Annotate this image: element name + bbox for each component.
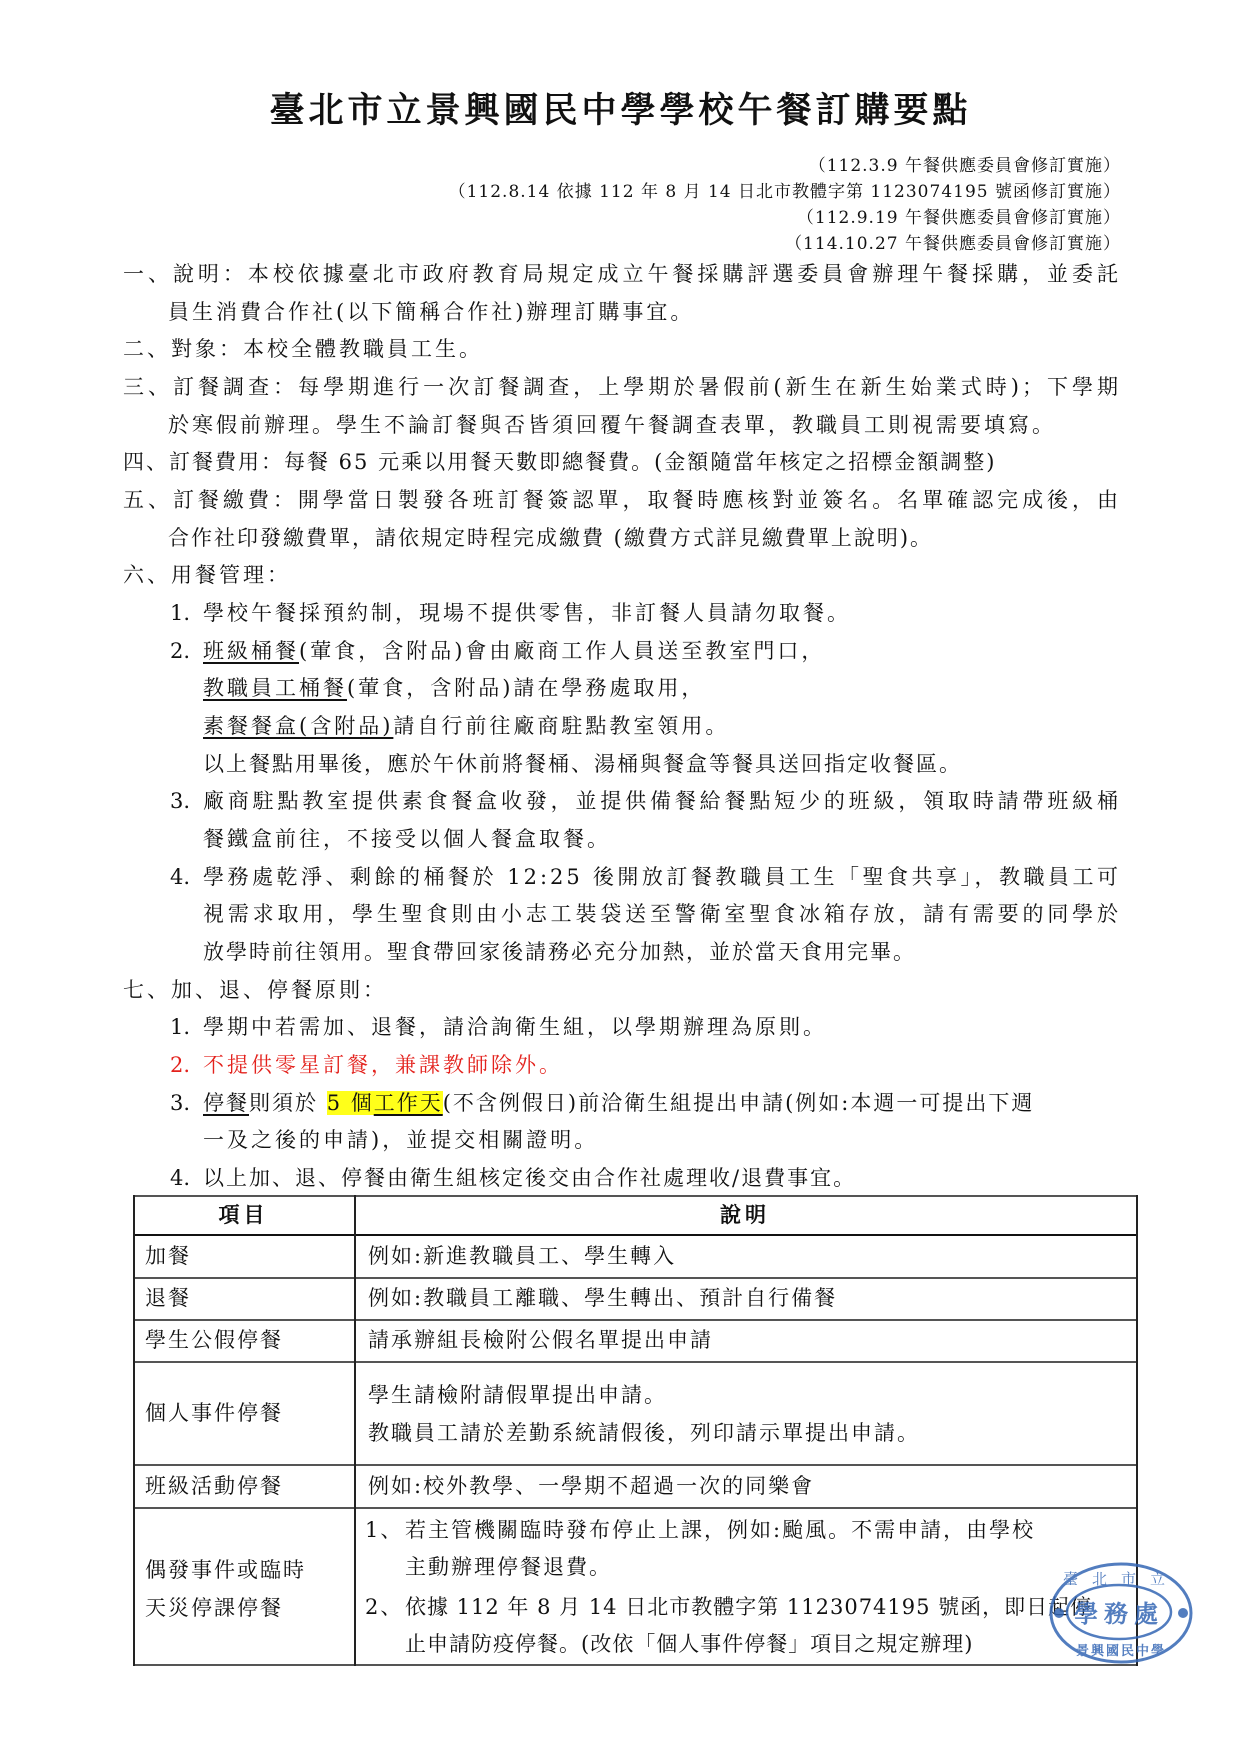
table-cell-description: 例如:新進教職員工、學生轉入 — [368, 1242, 676, 1270]
item-text: 學校午餐採預約制，現場不提供零售，非訂餐人員請勿取餐。 — [203, 601, 851, 625]
item-number: 2. — [170, 1051, 203, 1079]
table-cell-description: 依據 112 年 8 月 14 日北市教體字第 1123074195 號函，即日… — [405, 1593, 1092, 1621]
table-cell-item: 加餐 — [145, 1242, 191, 1270]
revision-note: （112.3.9 午餐供應委員會修訂實施） — [809, 155, 1121, 177]
list-item: 3.停餐則須於 5 個工作天(不含例假日)前洽衛生組提出申請(例如:本週一可提出… — [170, 1089, 1034, 1117]
table-cell-description: 主動辦理停餐退費。 — [405, 1553, 612, 1581]
table-border — [133, 1195, 135, 1666]
table-cell-description: 請承辦組長檢附公假名單提出申請 — [368, 1326, 713, 1354]
section-fee: 四、訂餐費用：每餐 65 元乘以用餐天數即總餐費。(金額隨當年核定之招標金額調整… — [123, 448, 996, 476]
document-title: 臺北市立景興國民中學學校午餐訂購要點 — [0, 88, 1241, 134]
list-item-continuation: 以上餐點用畢後，應於午休前將餐桶、湯桶與餐盒等餐具送回指定收餐區。 — [203, 750, 962, 778]
item-text: 學務處乾淨、剩餘的桶餐於 12:25 後開放訂餐教職員工生「聖食共享」，教職員工… — [203, 863, 1121, 891]
item-number: 2. — [170, 637, 203, 665]
table-cell-description: 學生請檢附請假單提出申請。 — [368, 1381, 667, 1409]
section-heading-add-cancel: 七、加、退、停餐原則： — [123, 976, 387, 1004]
revision-note: （114.10.27 午餐供應委員會修訂實施） — [785, 233, 1121, 255]
item-text: 學期中若需加、退餐，請洽詢衛生組，以學期辦理為原則。 — [203, 1015, 827, 1039]
section-target: 二、對象：本校全體教職員工生。 — [123, 335, 483, 363]
stamp-top-text: 臺北市立 — [1063, 1570, 1179, 1588]
underlined-term: 停餐 — [203, 1091, 249, 1115]
table-cell-description: 止申請防疫停餐。(改依「個人事件停餐」項目之規定辦理) — [405, 1630, 973, 1658]
item-number: 4. — [170, 863, 203, 891]
section-description-line: 員生消費合作社(以下簡稱合作社)辦理訂購事宜。 — [168, 298, 694, 326]
list-item: 4.學務處乾淨、剩餘的桶餐於 12:25 後開放訂餐教職員工生「聖食共享」，教職… — [170, 863, 1121, 891]
item-text: 以上加、退、停餐由衛生組核定後交由合作社處理收/退費事宜。 — [203, 1166, 856, 1190]
list-item-continuation: 一及之後的申請)，並提交相關證明。 — [203, 1126, 598, 1154]
table-border — [133, 1234, 1138, 1236]
underlined-term: 教職員工桶餐 — [203, 676, 347, 700]
table-cell-description: 例如:校外教學、一學期不超過一次的同樂會 — [368, 1472, 814, 1500]
item-number: 3. — [170, 1089, 203, 1117]
table-cell-description: 教職員工請於差勤系統請假後，列印請示單提出申請。 — [368, 1419, 920, 1447]
table-cell-item: 學生公假停餐 — [145, 1326, 283, 1354]
underlined-term: 工作天 — [374, 1091, 443, 1115]
section-payment-line: 合作社印發繳費單，請依規定時程完成繳費 (繳費方式詳見繳費單上說明)。 — [168, 524, 933, 552]
section-heading-meal-management: 六、用餐管理： — [123, 561, 291, 589]
highlight-prefix: 5 個 — [327, 1091, 374, 1115]
stamp-bottom-text: 景興國民中學 — [1076, 1643, 1166, 1659]
revision-note: （112.9.19 午餐供應委員會修訂實施） — [797, 207, 1121, 229]
table-border — [133, 1277, 1138, 1279]
item-text: 則須於 — [249, 1091, 327, 1115]
list-item: 1.學期中若需加、退餐，請洽詢衛生組，以學期辦理為原則。 — [170, 1013, 827, 1041]
item-number: 4. — [170, 1164, 203, 1192]
official-seal-stamp: 臺北市立 學務處 景興國民中學 — [1048, 1561, 1194, 1665]
section-payment-line: 五、訂餐繳費：開學當日製發各班訂餐簽認單，取餐時應核對並簽名。名單確認完成後，由 — [123, 486, 1121, 514]
list-item-continuation: 視需求取用，學生聖食則由小志工裝袋送至警衛室聖食冰箱存放，請有需要的同學於 — [203, 900, 1121, 928]
meal-rules-table: 項目 說明 加餐 例如:新進教職員工、學生轉入 退餐 例如:教職員工離職、學生轉… — [133, 1195, 1138, 1666]
item-text: (不含例假日)前洽衛生組提出申請(例如:本週一可提出下週 — [443, 1091, 1035, 1115]
table-border — [133, 1195, 1138, 1197]
list-item: 4.以上加、退、停餐由衛生組核定後交由合作社處理收/退費事宜。 — [170, 1164, 856, 1192]
table-cell-item: 班級活動停餐 — [145, 1472, 283, 1500]
list-item-continuation: 教職員工桶餐(葷食，含附品)請在學務處取用， — [203, 674, 705, 702]
table-cell-description: 例如:教職員工離職、學生轉出、預計自行備餐 — [368, 1284, 837, 1312]
underlined-term: 班級桶餐 — [203, 639, 299, 663]
table-border — [133, 1361, 1138, 1363]
item-text: (葷食，含附品)請在學務處取用， — [347, 676, 705, 700]
table-cell-description: 若主管機關臨時發布停止上課，例如:颱風。不需申請，由學校 — [405, 1516, 1035, 1544]
stamp-center-text: 學務處 — [1073, 1599, 1164, 1628]
item-text: 請自行前往廠商駐點教室領用。 — [393, 714, 729, 738]
highlighted-text: 5 個工作天 — [327, 1091, 443, 1115]
table-header-item: 項目 — [133, 1201, 354, 1229]
item-text: 廠商駐點教室提供素食餐盒收發，並提供備餐給餐點短少的班級，領取時請帶班級桶 — [203, 787, 1121, 815]
table-cell-item: 天災停課停餐 — [145, 1594, 283, 1622]
item-text: 不提供零星訂餐，兼課教師除外。 — [203, 1053, 563, 1077]
table-border — [354, 1195, 356, 1666]
table-border — [133, 1464, 1138, 1466]
table-cell-item: 偶發事件或臨時 — [145, 1556, 306, 1584]
table-cell-item: 個人事件停餐 — [145, 1399, 283, 1427]
table-header-description: 說明 — [354, 1201, 1136, 1229]
table-border — [133, 1319, 1138, 1321]
table-border — [133, 1664, 1138, 1666]
table-border — [133, 1507, 1138, 1509]
underlined-term: 素餐餐盒(含附品) — [203, 714, 393, 738]
item-number: 3. — [170, 787, 203, 815]
list-item: 2.班級桶餐(葷食，含附品)會由廠商工作人員送至教室門口， — [170, 637, 825, 665]
section-survey-line: 三、訂餐調查：每學期進行一次訂餐調查，上學期於暑假前(新生在新生始業式時)；下學… — [123, 373, 1121, 401]
table-subitem-number: 1、 — [365, 1516, 403, 1544]
list-item-notice: 2.不提供零星訂餐，兼課教師除外。 — [170, 1051, 563, 1079]
item-text: (葷食，含附品)會由廠商工作人員送至教室門口， — [299, 639, 825, 663]
list-item-continuation: 素餐餐盒(含附品)請自行前往廠商駐點教室領用。 — [203, 712, 729, 740]
section-description-line: 一、說明：本校依據臺北市政府教育局規定成立午餐採購評選委員會辦理午餐採購，並委託 — [123, 260, 1121, 288]
item-number: 1. — [170, 1013, 203, 1041]
seal-icon: 臺北市立 學務處 景興國民中學 — [1048, 1561, 1194, 1665]
list-item-continuation: 餐鐵盒前往，不接受以個人餐盒取餐。 — [203, 825, 611, 853]
table-subitem-number: 2、 — [365, 1593, 403, 1621]
section-survey-line: 於寒假前辦理。學生不論訂餐與否皆須回覆午餐調查表單，教職員工則視需要填寫。 — [168, 411, 1056, 439]
list-item: 3.廠商駐點教室提供素食餐盒收發，並提供備餐給餐點短少的班級，領取時請帶班級桶 — [170, 787, 1121, 815]
list-item-continuation: 放學時前往領用。聖食帶回家後請務必充分加熱，並於當天食用完畢。 — [203, 938, 916, 966]
item-number: 1. — [170, 599, 203, 627]
list-item: 1.學校午餐採預約制，現場不提供零售，非訂餐人員請勿取餐。 — [170, 599, 851, 627]
revision-note: （112.8.14 依據 112 年 8 月 14 日北市教體字第 112307… — [449, 181, 1121, 203]
table-cell-item: 退餐 — [145, 1284, 191, 1312]
